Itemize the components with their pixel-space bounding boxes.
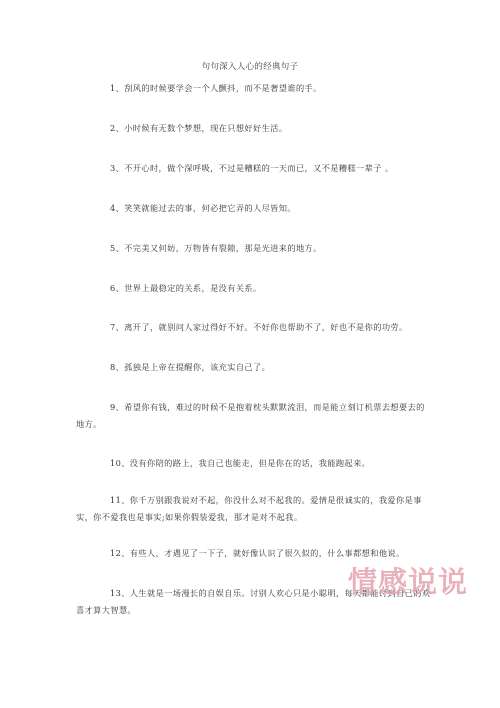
quote-paragraph-8: 8、孤独是上帝在提醒你，该充实自己了。 [76, 359, 432, 376]
document-page: 句句深入人心的经典句子 1、刮风的时候要学会一个人颤抖，而不是奢望谁的手。 2、… [0, 0, 500, 708]
watermark-logo: 情感说说 [348, 560, 468, 601]
document-title: 句句深入人心的经典句子 [0, 60, 500, 72]
quote-paragraph-10: 10、没有你陪的路上，我自己也能走，但是你在的话，我能跑起来。 [76, 455, 432, 472]
quote-paragraph-2: 2、小时候有无数个梦想，现在只想好好生活。 [76, 120, 432, 137]
quote-paragraph-4: 4、笑笑就能过去的事，何必把它弄的人尽皆知。 [76, 200, 432, 217]
quote-paragraph-6: 6、世界上最稳定的关系，是没有关系。 [76, 280, 432, 297]
quote-paragraph-9: 9、希望你有钱，难过的时候不是抱着枕头默默流泪，而是能立刻订机票去想要去的地方。 [76, 399, 432, 433]
quote-paragraph-1: 1、刮风的时候要学会一个人颤抖，而不是奢望谁的手。 [76, 80, 432, 97]
quote-paragraph-3: 3、不开心时，做个深呼吸，不过是糟糕的一天而已，又不是糟糕一辈子 。 [76, 160, 432, 177]
quote-paragraph-5: 5、不完美又何妨，万物皆有裂隙，那是光进来的地方。 [76, 240, 432, 257]
quote-paragraph-11: 11、你千万别跟我说对不起，你没什么对不起我的。爱情是很诚实的，我爱你是事实，你… [76, 492, 432, 526]
quote-paragraph-7: 7、离开了，就别问人家过得好不好。不好你也帮助不了，好也不是你的功劳。 [76, 319, 432, 336]
